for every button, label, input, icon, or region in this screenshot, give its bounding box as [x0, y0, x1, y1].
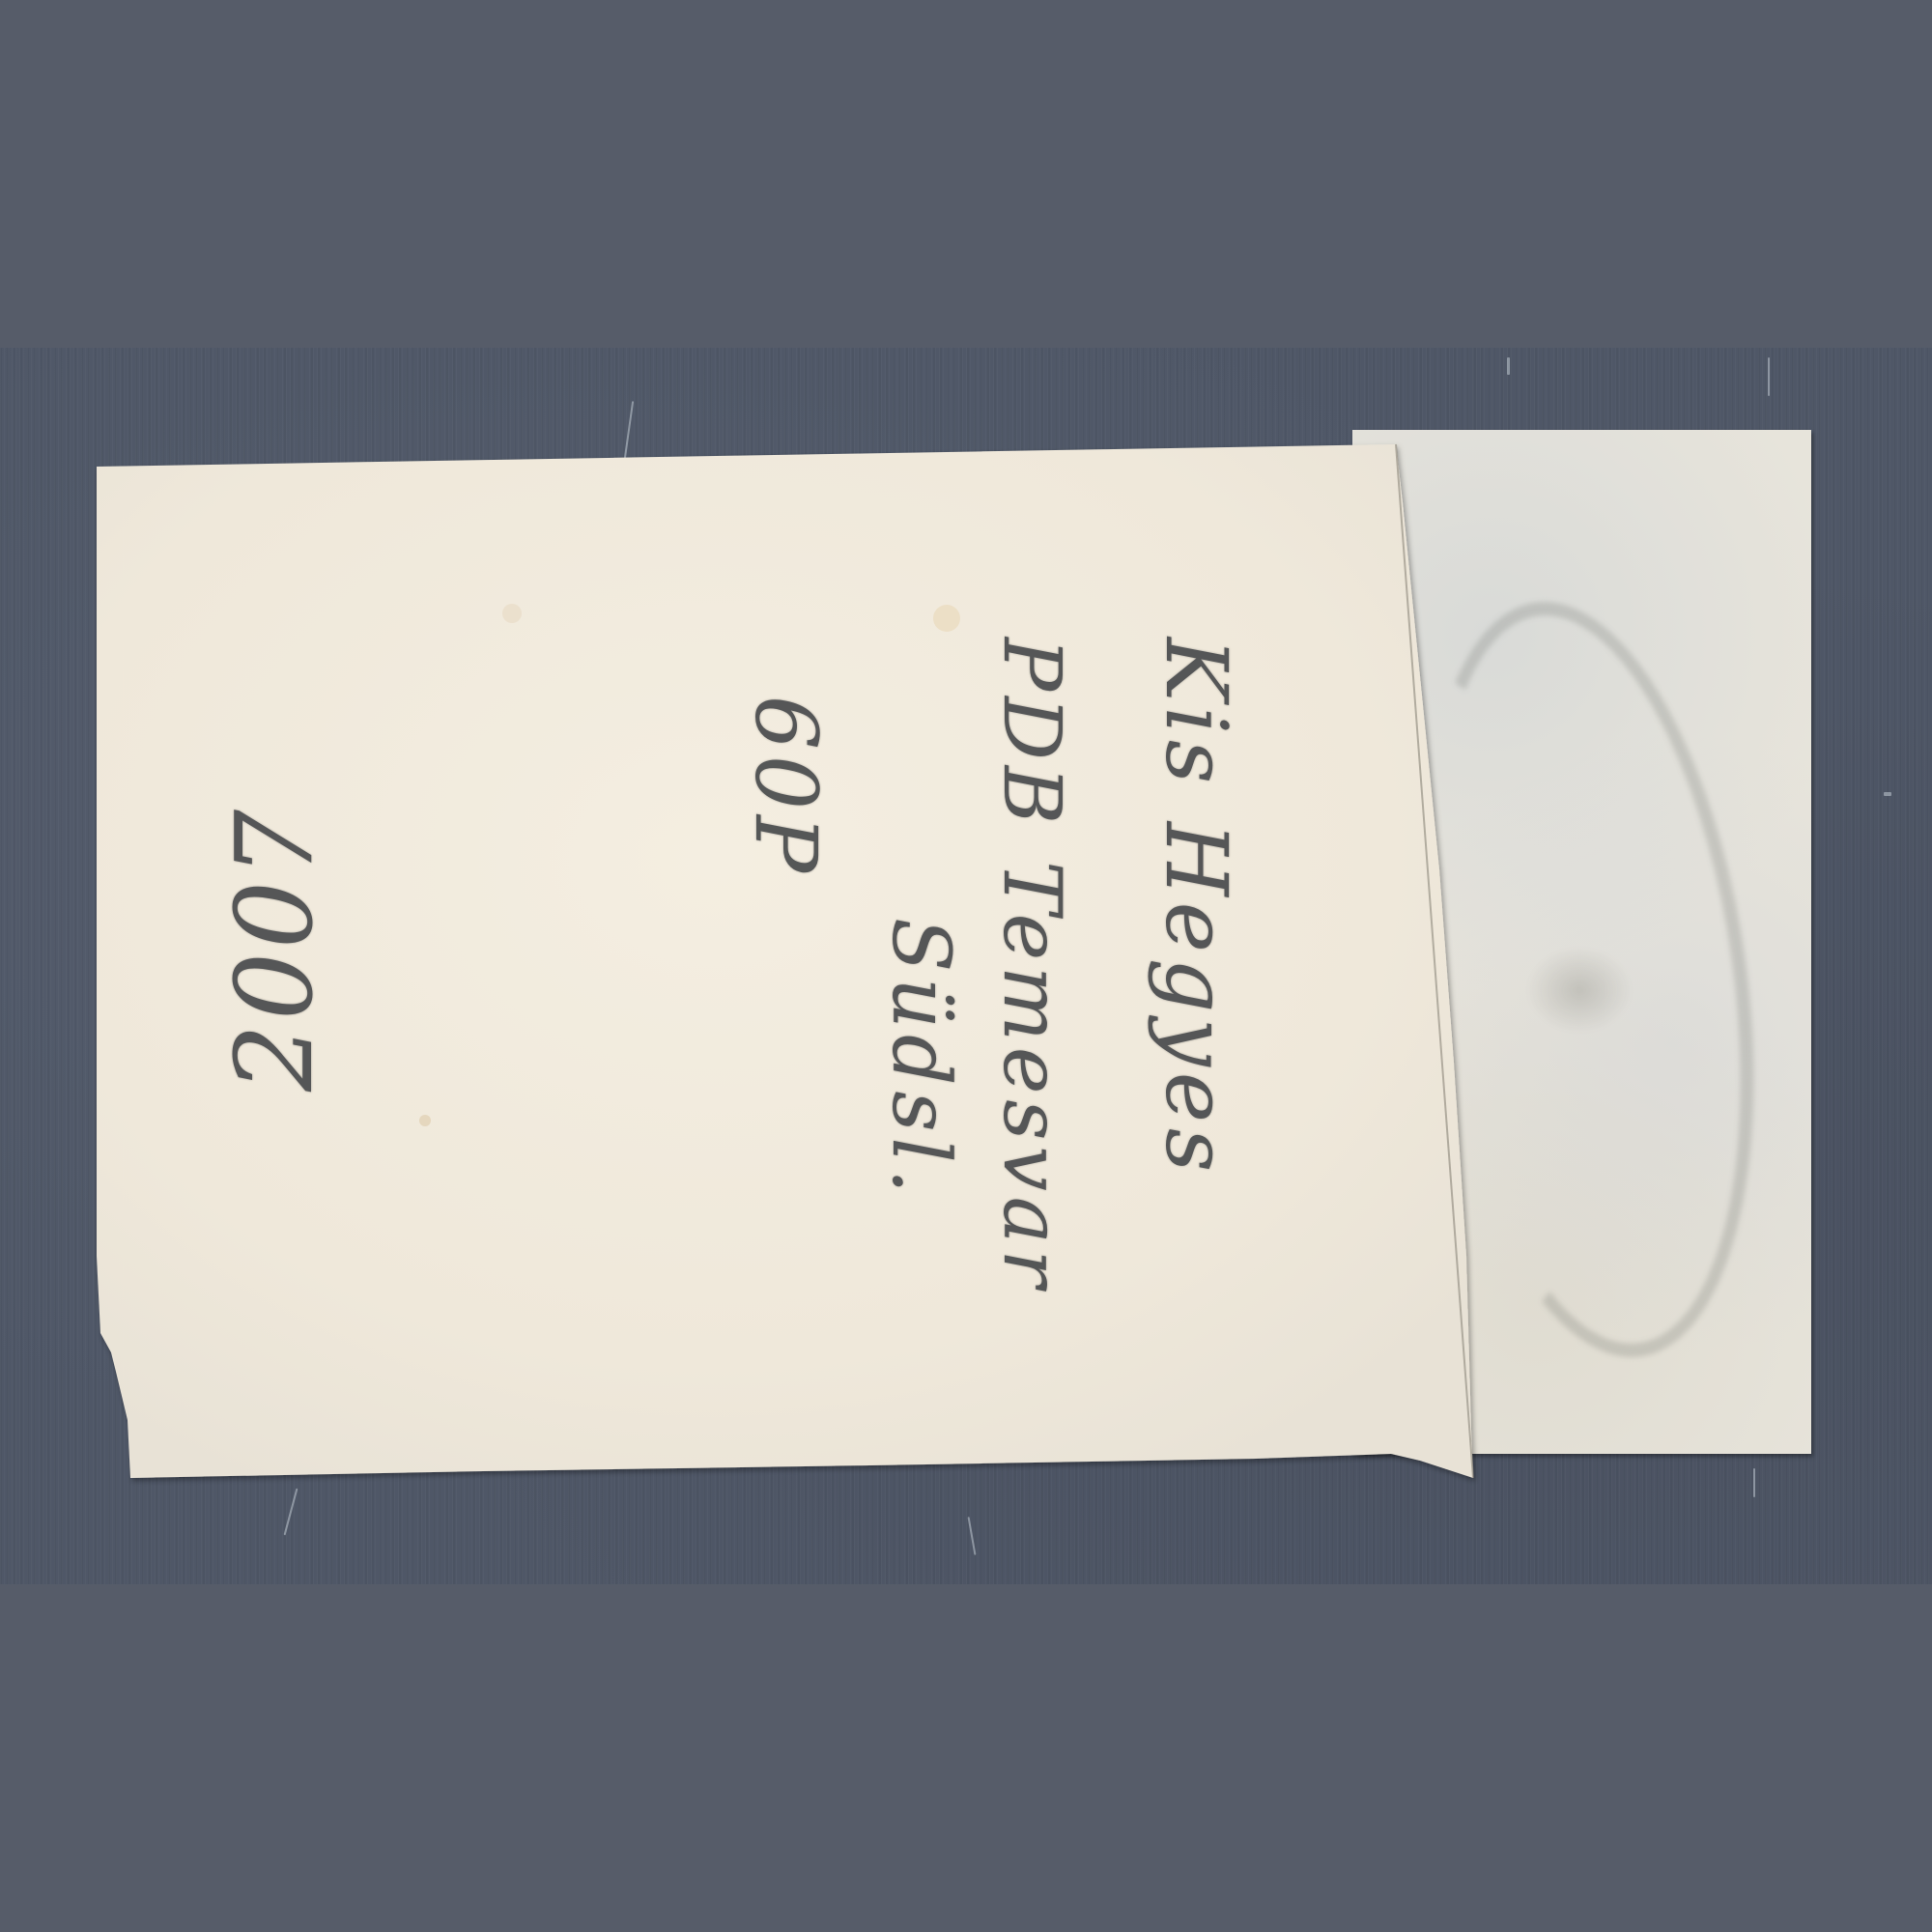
fiber-speck	[1768, 357, 1770, 396]
note-place-name: Kis Hegyes	[1147, 638, 1246, 1178]
note-region: Südsl.	[874, 918, 966, 1200]
scan-stage: Kis Hegyes PDB Temesvar Südsl. 60P 2007	[0, 0, 1932, 1932]
postmark-center-mark	[1526, 947, 1633, 1034]
fiber-speck	[1507, 357, 1510, 375]
fiber-speck	[968, 1517, 977, 1555]
fiber-speck	[284, 1489, 298, 1536]
fiber-speck	[1753, 1468, 1755, 1497]
fiber-speck	[624, 401, 634, 459]
fiber-speck	[1884, 792, 1891, 796]
note-year: 2007	[213, 806, 336, 1092]
note-points: 60P	[736, 696, 836, 878]
note-postmark-type: PDB Temesvar	[985, 638, 1077, 1293]
